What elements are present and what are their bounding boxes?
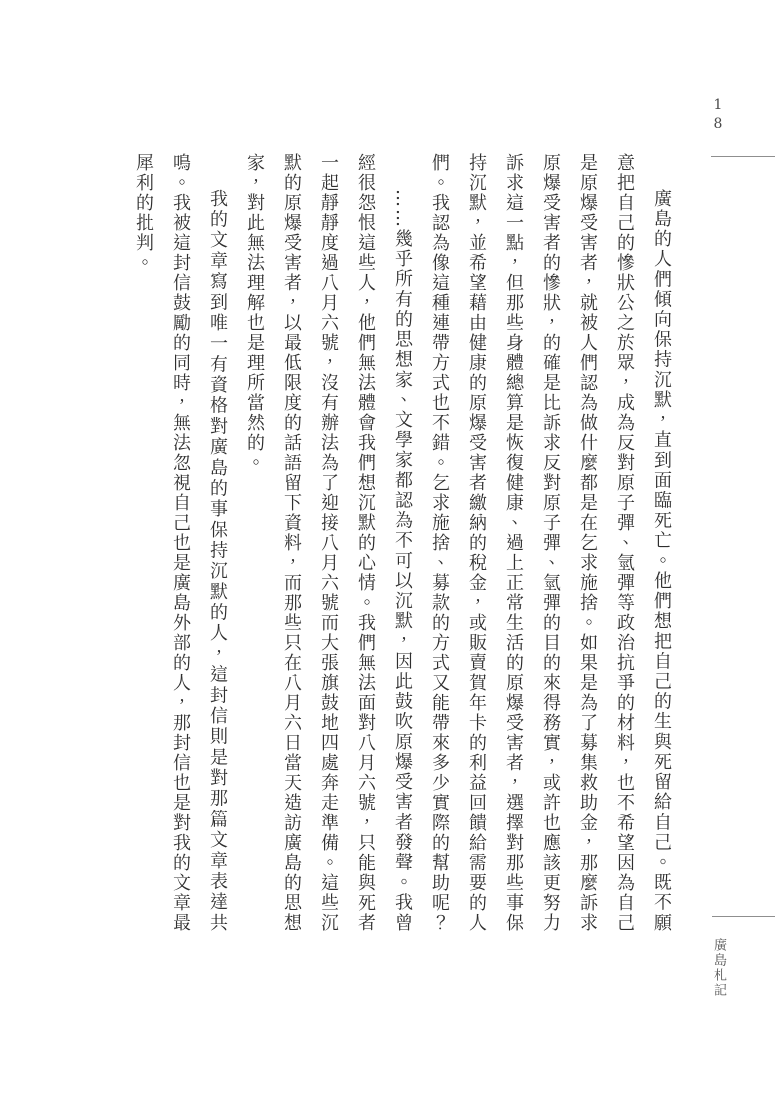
footer-rule (712, 916, 775, 917)
paragraph-3: 我的文章寫到唯一有資格對廣島的事保持沉默的人，這封信則是對那篇文章表達共鳴。我被… (125, 153, 236, 933)
running-title: 廣島札記 (709, 938, 728, 998)
body-text: 廣島的人們傾向保持沉默，直到面臨死亡。他們想把自己的生與死留給自己。既不願意把自… (125, 153, 680, 933)
paragraph-2: ……幾乎所有的思想家、文學家都認為不可以沉默，因此鼓吹原爆受害者發聲。我曾經很怨… (236, 153, 421, 933)
paragraph-1: 廣島的人們傾向保持沉默，直到面臨死亡。他們想把自己的生與死留給自己。既不願意把自… (421, 153, 680, 933)
page-number: 18 (710, 97, 726, 135)
header-rule (711, 156, 775, 157)
book-page: 18 廣島的人們傾向保持沉默，直到面臨死亡。他們想把自己的生與死留給自己。既不願… (0, 0, 775, 1100)
